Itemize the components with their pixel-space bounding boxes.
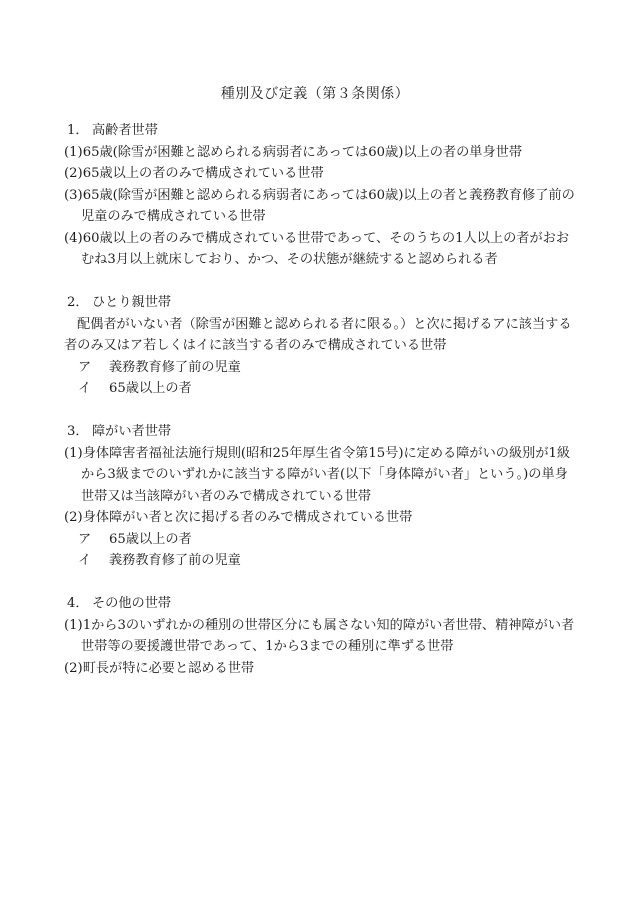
sub-item-label: ア — [78, 529, 109, 551]
item-text: 身体障がい者と次に掲げる者のみで構成されている世帯 — [83, 510, 413, 525]
list-item: (4)60歳以上の者のみで構成されている世帯であって、そのうちの1人以上の者がお… — [64, 228, 576, 271]
item-label: (2) — [64, 661, 83, 676]
sub-list-item: イ義務教育修了前の児童 — [64, 550, 576, 572]
section-other-households: 4．その他の世帯 (1)1から3のいずれかの種別の世帯区分にも属さない知的障がい… — [64, 593, 576, 679]
section-heading: 4．その他の世帯 — [64, 593, 576, 615]
list-item: (3)65歳(除雪が困難と認められる病弱者にあっては60歳)以上の者と義務教育修… — [64, 185, 576, 228]
item-text: 町長が特に必要と認める世帯 — [83, 661, 254, 676]
section-heading: 3．障がい者世帯 — [64, 421, 576, 443]
section-heading-text: 障がい者世帯 — [92, 424, 171, 439]
item-text: 身体障害者福祉法施行規則(昭和25年厚生省令第15号)に定める障がいの級別が1級… — [81, 446, 570, 504]
item-label: (1) — [64, 446, 83, 461]
item-text: 65歳以上の者のみで構成されている世帯 — [83, 166, 324, 181]
section-number: 1． — [67, 120, 92, 142]
document-body: 1．高齢者世帯 (1)65歳(除雪が困難と認められる病弱者にあっては60歳)以上… — [64, 120, 576, 679]
section-number: 4． — [67, 593, 92, 615]
section-heading: 1．高齢者世帯 — [64, 120, 576, 142]
section-number: 2． — [67, 292, 92, 314]
item-text: 60歳以上の者のみで構成されている世帯であって、そのうちの1人以上の者がおおむね… — [81, 231, 569, 268]
list-item: (1)1から3のいずれかの種別の世帯区分にも属さない知的障がい者世帯、精神障がい… — [64, 615, 576, 658]
item-label: (2) — [64, 510, 83, 525]
list-item: (2)町長が特に必要と認める世帯 — [64, 658, 576, 680]
item-text: 65歳(除雪が困難と認められる病弱者にあっては60歳)以上の者の単身世帯 — [83, 145, 522, 160]
sub-list-item: ア65歳以上の者 — [64, 529, 576, 551]
item-label: (1) — [64, 618, 83, 633]
sub-item-text: 義務教育修了前の児童 — [109, 553, 241, 568]
item-label: (1) — [64, 145, 83, 160]
sub-item-label: ア — [78, 357, 109, 379]
section-heading: 2．ひとり親世帯 — [64, 292, 576, 314]
item-label: (4) — [64, 231, 83, 246]
section-heading-text: 高齢者世帯 — [92, 123, 158, 138]
sub-list-item: ア義務教育修了前の児童 — [64, 357, 576, 379]
section-single-parent-households: 2．ひとり親世帯 配偶者がいない者（除雪が困難と認められる者に限る。）と次に掲げ… — [64, 292, 576, 400]
item-label: (2) — [64, 166, 83, 181]
list-item: (2)身体障がい者と次に掲げる者のみで構成されている世帯 — [64, 507, 576, 529]
document-page: 種別及び定義（第３条関係） 1．高齢者世帯 (1)65歳(除雪が困難と認められる… — [0, 0, 630, 903]
section-number: 3． — [67, 421, 92, 443]
page-title: 種別及び定義（第３条関係） — [0, 84, 630, 105]
sub-item-text: 65歳以上の者 — [109, 532, 192, 547]
sub-item-text: 義務教育修了前の児童 — [109, 360, 241, 375]
list-item: (1)身体障害者福祉法施行規則(昭和25年厚生省令第15号)に定める障がいの級別… — [64, 443, 576, 508]
section-heading-text: ひとり親世帯 — [92, 295, 171, 310]
section-paragraph: 配偶者がいない者（除雪が困難と認められる者に限る。）と次に掲げるアに該当する者の… — [64, 314, 576, 357]
section-heading-text: その他の世帯 — [92, 596, 171, 611]
section-disabled-households: 3．障がい者世帯 (1)身体障害者福祉法施行規則(昭和25年厚生省令第15号)に… — [64, 421, 576, 572]
list-item: (1)65歳(除雪が困難と認められる病弱者にあっては60歳)以上の者の単身世帯 — [64, 142, 576, 164]
list-item: (2)65歳以上の者のみで構成されている世帯 — [64, 163, 576, 185]
sub-list-item: イ65歳以上の者 — [64, 378, 576, 400]
section-elderly-households: 1．高齢者世帯 (1)65歳(除雪が困難と認められる病弱者にあっては60歳)以上… — [64, 120, 576, 271]
sub-item-text: 65歳以上の者 — [109, 381, 192, 396]
item-text: 65歳(除雪が困難と認められる病弱者にあっては60歳)以上の者と義務教育修了前の… — [81, 188, 575, 225]
item-text: 1から3のいずれかの種別の世帯区分にも属さない知的障がい者世帯、精神障がい者世帯… — [81, 618, 574, 655]
sub-item-label: イ — [78, 550, 109, 572]
item-label: (3) — [64, 188, 83, 203]
sub-item-label: イ — [78, 378, 109, 400]
